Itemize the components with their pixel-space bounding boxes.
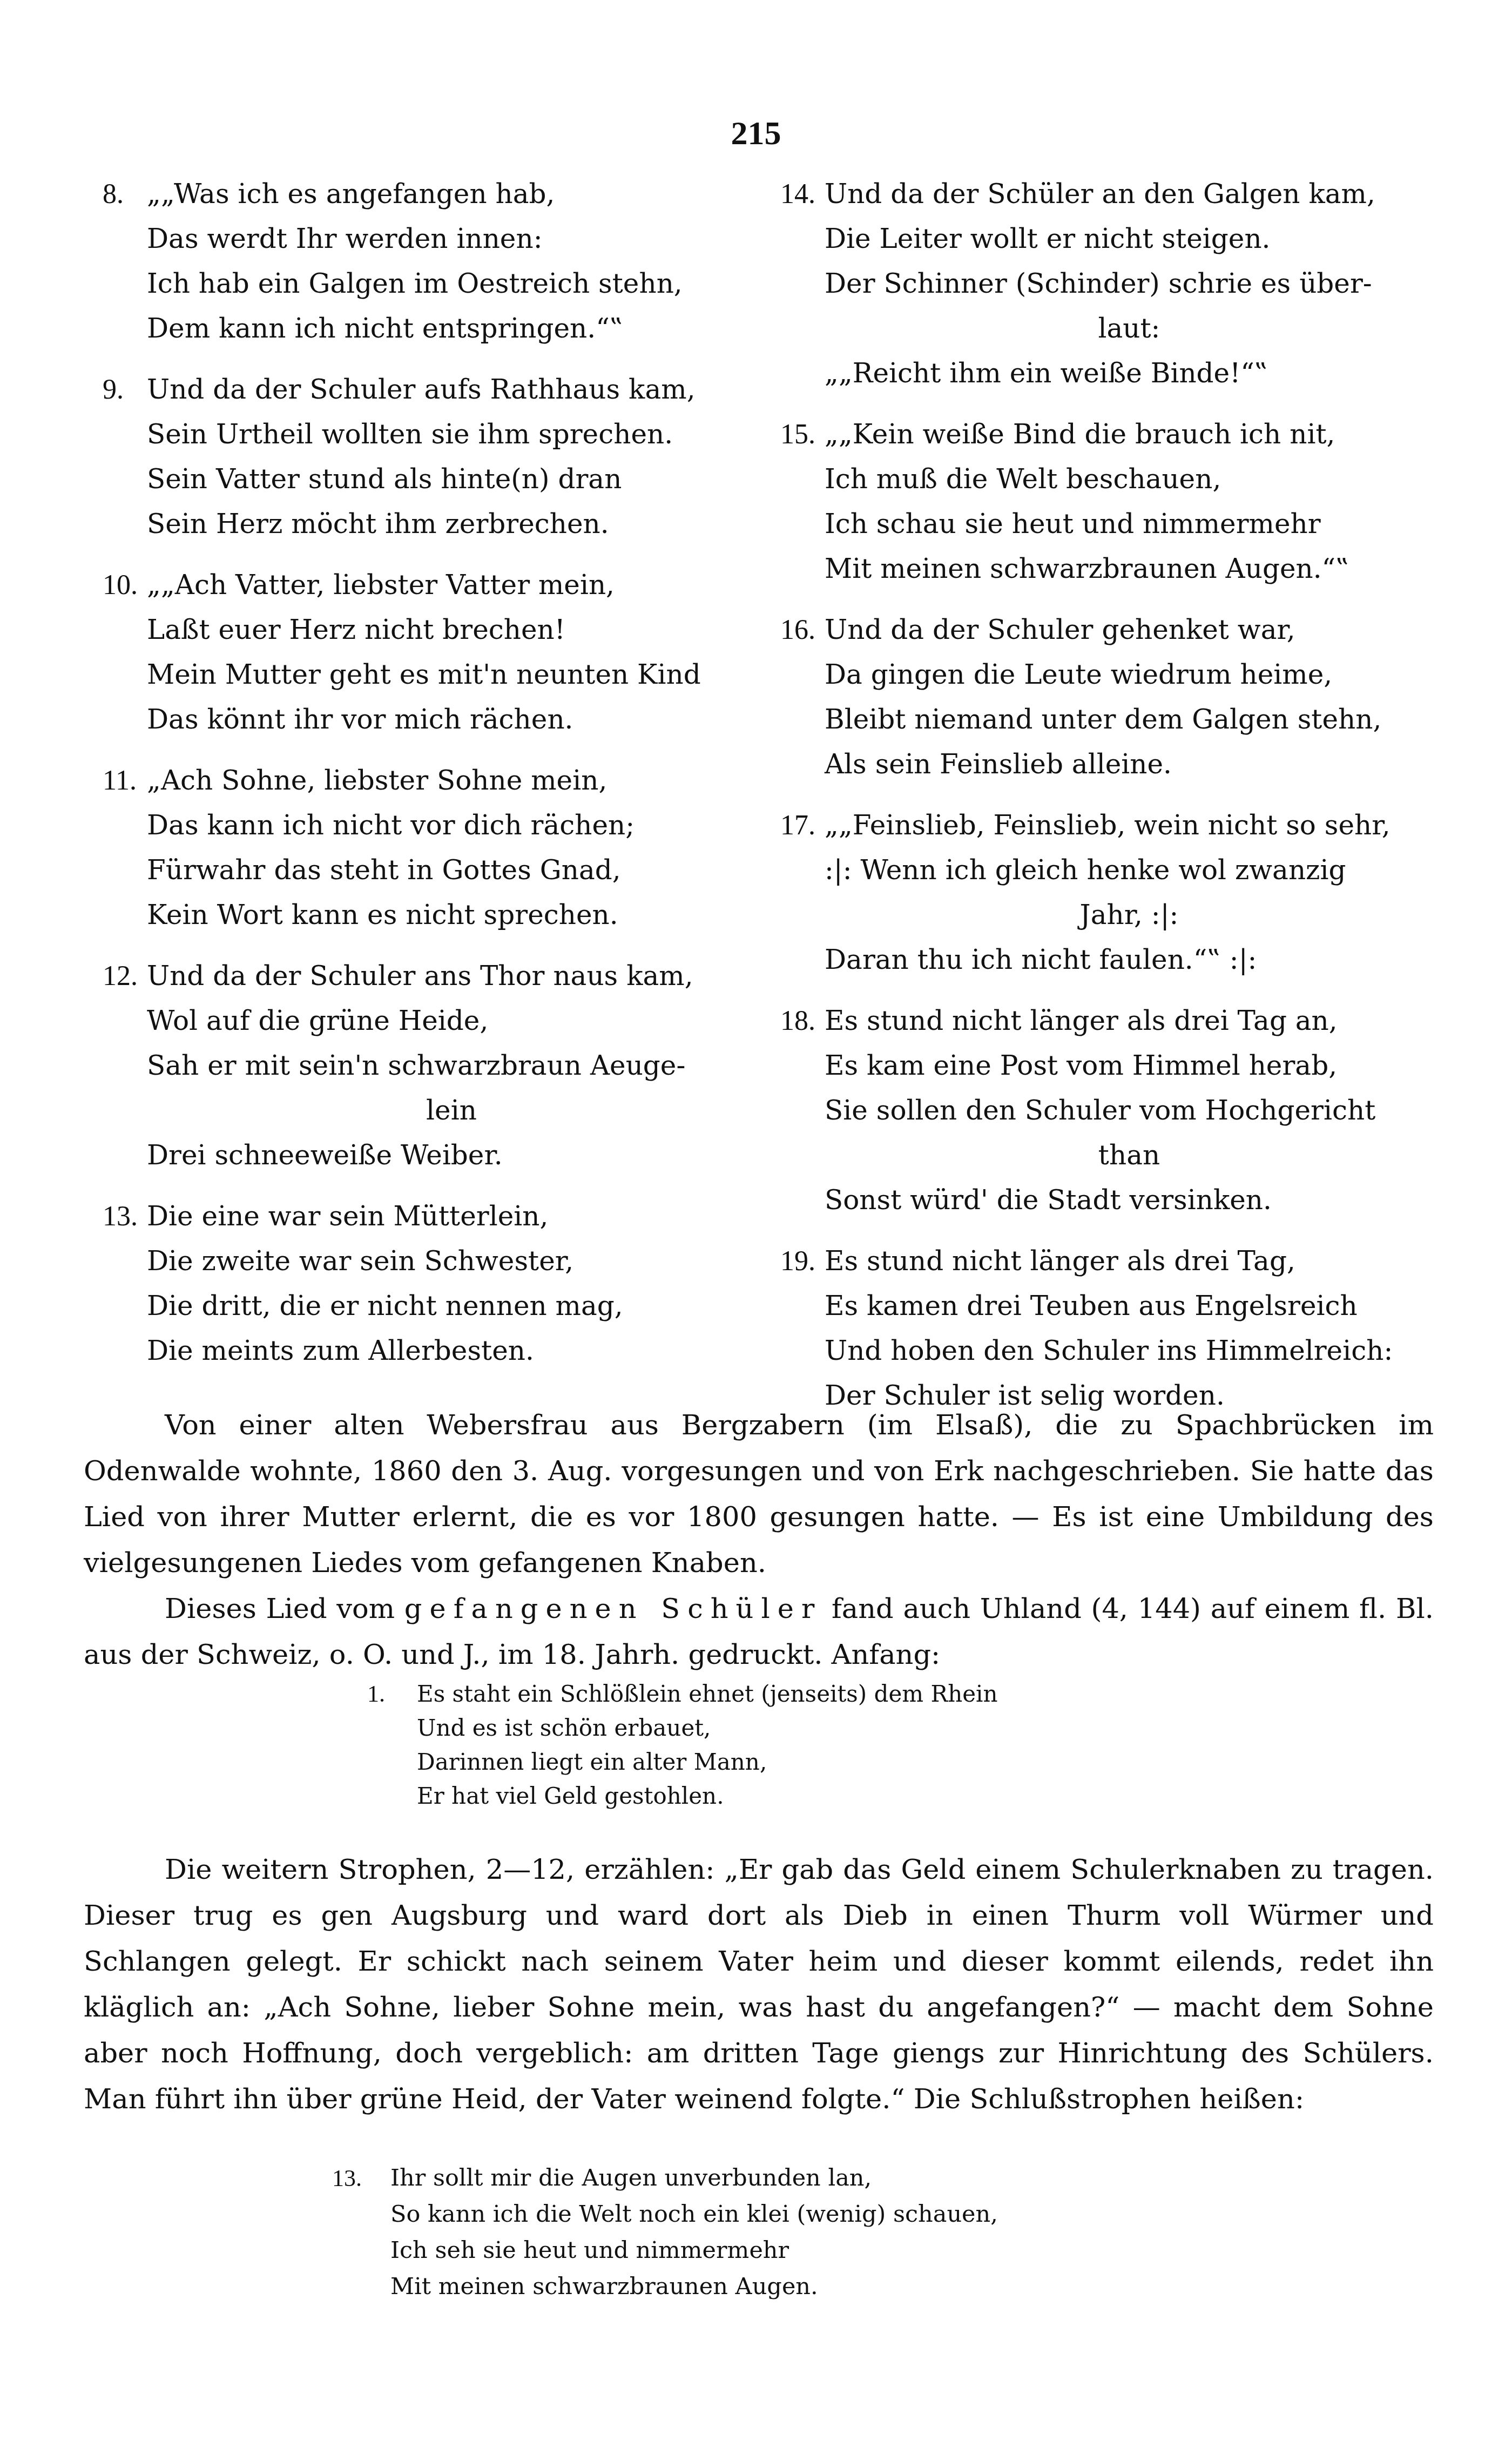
verse-line: Es kamen drei Teuben aus Engelsreich <box>825 1284 1477 1328</box>
verse-line-continuation: lein <box>147 1088 799 1133</box>
stanza-9: 9. Und da der Schuler aufs Rathhaus kam,… <box>103 367 799 547</box>
quote-line: Und es ist schön erbauet, <box>367 1711 998 1745</box>
verse-line: Es stund nicht länger als drei Tag, <box>825 1239 1477 1284</box>
source-note: Von einer alten Webersfrau aus Bergzaber… <box>84 1402 1434 1678</box>
stanza-number: 19. <box>780 1239 815 1284</box>
quote-line: Ihr sollt mir die Augen unverbunden lan, <box>332 2160 998 2196</box>
quote-line: Er hat viel Geld gestohlen. <box>367 1779 998 1813</box>
verse-line: Und da der Schüler an den Galgen kam, <box>825 172 1477 217</box>
summary-note: Die weitern Strophen, 2—12, erzählen: „E… <box>84 1847 1434 2122</box>
quote-number: 1. <box>367 1677 385 1711</box>
verse-line: Das könnt ihr vor mich rächen. <box>147 697 799 742</box>
stanza-number: 14. <box>780 172 815 217</box>
verse-line: Das werdt Ihr werden innen: <box>147 217 799 261</box>
stanza-14: 14. Und da der Schüler an den Galgen kam… <box>780 172 1477 396</box>
stanza-number: 13. <box>103 1194 138 1239</box>
verse-line: Sein Herz möcht ihm zerbrechen. <box>147 502 799 547</box>
stanza-15: 15. „„Kein weiße Bind die brauch ich nit… <box>780 412 1477 591</box>
verse-line: Drei schneeweiße Weiber. <box>147 1133 799 1178</box>
verse-line: Die meints zum Allerbesten. <box>147 1328 799 1373</box>
stanza-17: 17. „„Feinslieb, Feinslieb, wein nicht s… <box>780 803 1477 982</box>
verse-line: Sie sollen den Schuler vom Hochgericht <box>825 1088 1477 1133</box>
verse-line: Und da der Schuler ans Thor naus kam, <box>147 954 799 999</box>
right-column: 14. Und da der Schüler an den Galgen kam… <box>780 172 1477 1434</box>
verse-line: Sonst würd' die Stadt versinken. <box>825 1178 1477 1223</box>
verse-line: Mein Mutter geht es mit'n neunten Kind <box>147 652 799 697</box>
verse-line: Es kam eine Post vom Himmel herab, <box>825 1043 1477 1088</box>
quote-line: Ich seh sie heut und nimmermehr <box>332 2233 998 2269</box>
verse-line: „„Ach Vatter, liebster Vatter mein, <box>147 563 799 608</box>
page-number: 215 <box>0 114 1512 153</box>
stanza-8: 8. „„Was ich es angefangen hab, Das werd… <box>103 172 799 351</box>
verse-line: Sah er mit sein'n schwarzbraun Aeuge- <box>147 1043 799 1088</box>
stanza-19: 19. Es stund nicht länger als drei Tag, … <box>780 1239 1477 1418</box>
verse-line: Fürwahr das steht in Gottes Gnad, <box>147 848 799 893</box>
verse-line: Sein Vatter stund als hinte(n) dran <box>147 457 799 502</box>
verse-line: Als sein Feinslieb alleine. <box>825 742 1477 787</box>
verse-line: Mit meinen schwarzbraunen Augen.“‟ <box>825 547 1477 591</box>
source-paragraph: Von einer alten Webersfrau aus Bergzaber… <box>84 1402 1434 1586</box>
stanza-13: 13. Die eine war sein Mütterlein, Die zw… <box>103 1194 799 1373</box>
quote-line: Mit meinen schwarzbraunen Augen. <box>332 2269 998 2305</box>
quote-number: 13. <box>332 2160 362 2196</box>
verse-line-continuation: Jahr, :|: <box>825 893 1477 938</box>
verse-line: Die zweite war sein Schwester, <box>147 1239 799 1284</box>
quote-line: Darinnen liegt ein alter Mann, <box>367 1745 998 1779</box>
verse-line: Da gingen die Leute wiedrum heime, <box>825 652 1477 697</box>
summary-paragraph: Die weitern Strophen, 2—12, erzählen: „E… <box>84 1847 1434 2122</box>
verse-line: Und da der Schuler aufs Rathhaus kam, <box>147 367 799 412</box>
verse-line: Es stund nicht länger als drei Tag an, <box>825 999 1477 1043</box>
verse-line: Ich schau sie heut und nimmermehr <box>825 502 1477 547</box>
stanza-11: 11. „Ach Sohne, liebster Sohne mein, Das… <box>103 758 799 938</box>
verse-line: Die Leiter wollt er nicht steigen. <box>825 217 1477 261</box>
verse-line: Dem kann ich nicht entspringen.“‟ <box>147 306 799 351</box>
stanza-number: 18. <box>780 999 815 1043</box>
quoted-stanza-1: 1. Es staht ein Schlößlein ehnet (jensei… <box>367 1677 998 1813</box>
stanza-number: 10. <box>103 563 138 608</box>
uhland-paragraph: Dieses Lied vom gefangenen Schüler fand … <box>84 1586 1434 1678</box>
stanza-16: 16. Und da der Schuler gehenket war, Da … <box>780 608 1477 787</box>
verse-line: Der Schinner (Schinder) schrie es über- <box>825 261 1477 306</box>
stanza-number: 9. <box>103 367 124 412</box>
verse-line: Das kann ich nicht vor dich rächen; <box>147 803 799 848</box>
verse-line-continuation: laut: <box>825 306 1477 351</box>
verse-line: „Ach Sohne, liebster Sohne mein, <box>147 758 799 803</box>
verse-line: Und da der Schuler gehenket war, <box>825 608 1477 652</box>
left-column: 8. „„Was ich es angefangen hab, Das werd… <box>103 172 799 1390</box>
verse-line: Ich muß die Welt beschauen, <box>825 457 1477 502</box>
verse-line: Wol auf die grüne Heide, <box>147 999 799 1043</box>
quote-line: So kann ich die Welt noch ein klei (weni… <box>332 2196 998 2233</box>
verse-line: Und hoben den Schuler ins Himmelreich: <box>825 1328 1477 1373</box>
verse-line: Laßt euer Herz nicht brechen! <box>147 608 799 652</box>
stanza-10: 10. „„Ach Vatter, liebster Vatter mein, … <box>103 563 799 742</box>
verse-line: Die eine war sein Mütterlein, <box>147 1194 799 1239</box>
verse-line-continuation: than <box>825 1133 1477 1178</box>
verse-line: „„Kein weiße Bind die brauch ich nit, <box>825 412 1477 457</box>
stanza-number: 15. <box>780 412 815 457</box>
verse-line: „„Feinslieb, Feinslieb, wein nicht so se… <box>825 803 1477 848</box>
stanza-number: 16. <box>780 608 815 652</box>
verse-line: Sein Urtheil wollten sie ihm sprechen. <box>147 412 799 457</box>
uhland-paragraph-pre: Dieses Lied vom <box>165 1593 404 1625</box>
verse-line: „„Reicht ihm ein weiße Binde!“‟ <box>825 351 1477 396</box>
verse-line: Ich hab ein Galgen im Oestreich stehn, <box>147 261 799 306</box>
stanza-12: 12. Und da der Schuler ans Thor naus kam… <box>103 954 799 1178</box>
verse-line: Daran thu ich nicht faulen.“‟ :|: <box>825 938 1477 982</box>
stanza-number: 8. <box>103 172 124 217</box>
quote-line: Es staht ein Schlößlein ehnet (jenseits)… <box>367 1677 998 1711</box>
stanza-number: 17. <box>780 803 815 848</box>
verse-line: Die dritt, die er nicht nennen mag, <box>147 1284 799 1328</box>
verse-line: „„Was ich es angefangen hab, <box>147 172 799 217</box>
quoted-stanza-13: 13. Ihr sollt mir die Augen unverbunden … <box>332 2160 998 2305</box>
verse-line: Kein Wort kann es nicht sprechen. <box>147 893 799 938</box>
stanza-18: 18. Es stund nicht länger als drei Tag a… <box>780 999 1477 1223</box>
spaced-title: gefangenen Schüler <box>404 1593 822 1625</box>
stanza-number: 11. <box>103 758 137 803</box>
stanza-number: 12. <box>103 954 138 999</box>
verse-line: :|: Wenn ich gleich henke wol zwanzig <box>825 848 1477 893</box>
verse-line: Bleibt niemand unter dem Galgen stehn, <box>825 697 1477 742</box>
